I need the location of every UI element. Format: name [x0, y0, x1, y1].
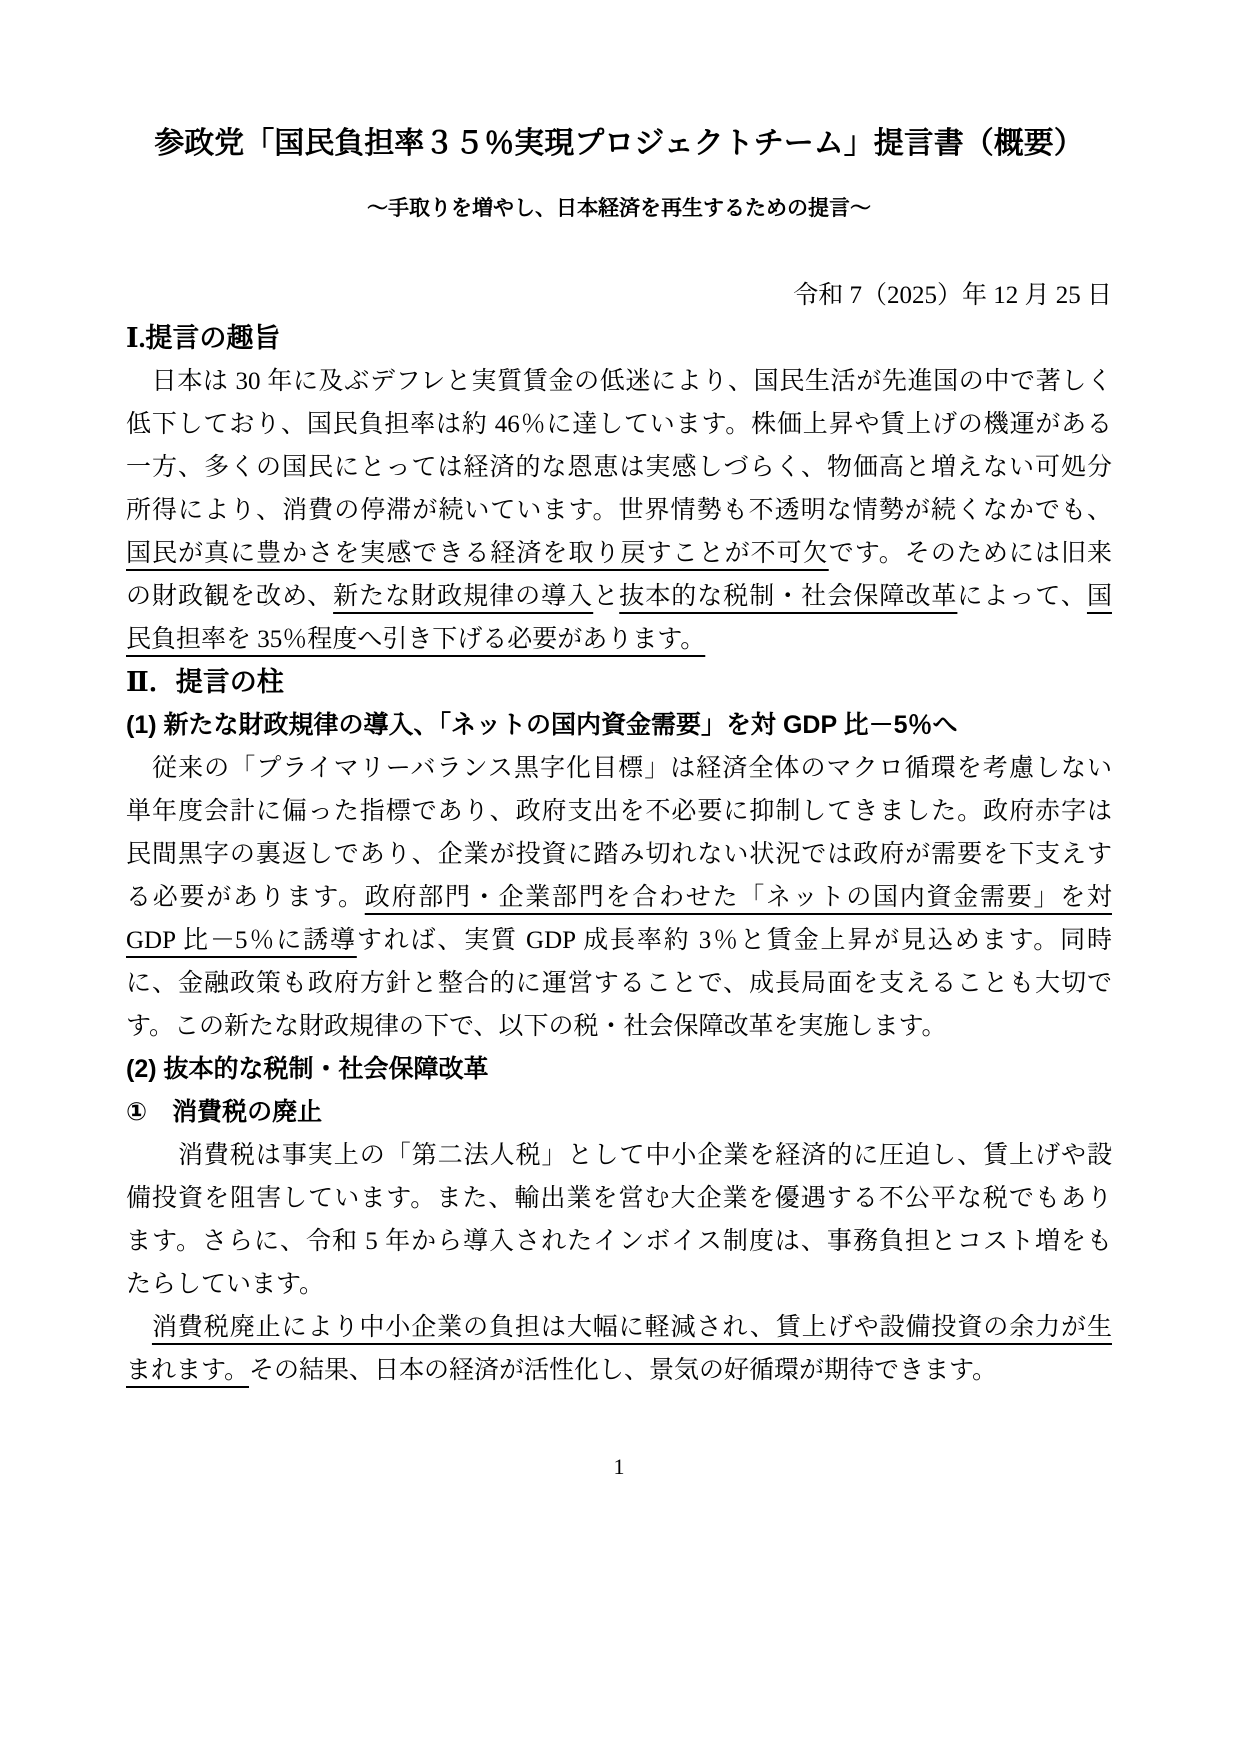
- para-pillar1: 従来の「プライマリーバランス黒字化目標」は経済全体のマクロ循環を考慮しない単年度…: [126, 747, 1112, 1048]
- para-purpose: 日本は 30 年に及ぶデフレと実質賃金の低迷により、国民生活が先進国の中で著しく…: [126, 360, 1112, 661]
- paragraph-line: す。この新たな財政規律の下で、以下の税・社会保障改革を実施します。: [126, 1005, 1112, 1048]
- underlined-text-segment: GDP 比－5％に誘導: [126, 927, 357, 954]
- document-subtitle: ～手取りを増やし、日本経済を再生するための提言～: [126, 194, 1112, 224]
- text-segment: 備投資を阻害しています。また、輸出業を営む大企業を優遇する不公平な税でもあり: [126, 1185, 1112, 1212]
- text-segment: [126, 1314, 152, 1341]
- paragraph-line: GDP 比－5％に誘導すれば、実質 GDP 成長率約 3％と賃金上昇が見込めます…: [126, 919, 1112, 962]
- paragraph-line: 国民が真に豊かさを実感できる経済を取り戻すことが不可欠です。そのためには旧来: [126, 532, 1112, 575]
- underlined-text-segment: 国民が真に豊かさを実感できる経済を取り戻すことが不可欠: [126, 540, 829, 567]
- paragraph-line: 消費税は事実上の「第二法人税」として中小企業を経済的に圧迫し、賃上げや設: [126, 1134, 1112, 1177]
- underlined-text-segment: 政府部門・企業部門を合わせた「ネットの国内資金需要」を対: [365, 884, 1112, 911]
- underlined-text-segment: 国: [1087, 583, 1112, 610]
- paragraph-line: 日本は 30 年に及ぶデフレと実質賃金の低迷により、国民生活が先進国の中で著しく: [126, 360, 1112, 403]
- paragraph-line: たらしています。: [126, 1263, 1112, 1306]
- text-segment: る必要があります。: [126, 884, 365, 911]
- paragraph-line: に、金融政策も政府方針と整合的に運営することで、成長局面を支えることも大切で: [126, 962, 1112, 1005]
- para-consumption-tax: 消費税は事実上の「第二法人税」として中小企業を経済的に圧迫し、賃上げや設備投資を…: [126, 1134, 1112, 1306]
- paragraph-line: 消費税廃止により中小企業の負担は大幅に軽減され、賃上げや設備投資の余力が生: [126, 1306, 1112, 1349]
- text-segment: 低下しており、国民負担率は約 46％に達しています。株価上昇や賃上げの機運がある: [126, 411, 1112, 438]
- text-segment: たらしています。: [126, 1271, 324, 1298]
- pillar2-heading: (2) 抜本的な税制・社会保障改革: [126, 1048, 1112, 1091]
- text-segment: 民間黒字の裏返しであり、企業が投資に踏み切れない状況では政府が需要を下支えす: [126, 841, 1112, 868]
- text-segment: です。そのためには旧来: [829, 540, 1112, 567]
- text-segment: 所得により、消費の停滞が続いています。世界情勢も不透明な情勢が続くなかでも、: [126, 497, 1112, 524]
- document-title: 参政党「国民負担率３５％実現プロジェクトチーム」提言書（概要）: [126, 122, 1112, 166]
- text-segment: 従来の「プライマリーバランス黒字化目標」は経済全体のマクロ循環を考慮しない: [126, 755, 1112, 782]
- section-purpose-heading: Ⅰ.提言の趣旨: [126, 317, 1112, 360]
- text-segment: すれば、実質 GDP 成長率約 3％と賃金上昇が見込めます。同時: [357, 927, 1112, 954]
- document-page: 参政党「国民負担率３５％実現プロジェクトチーム」提言書（概要） ～手取りを増やし…: [0, 0, 1240, 1754]
- paragraph-line: の財政観を改め、新たな財政規律の導入と抜本的な税制・社会保障改革によって、国: [126, 575, 1112, 618]
- text-segment: 日本は 30 年に及ぶデフレと実質賃金の低迷により、国民生活が先進国の中で著しく: [126, 368, 1112, 395]
- paragraph-line: 単年度会計に偏った指標であり、政府支出を不必要に抑制してきました。政府赤字は: [126, 790, 1112, 833]
- item1-heading: ① 消費税の廃止: [126, 1091, 1112, 1134]
- text-segment: と: [593, 583, 619, 610]
- paragraph-line: 民間黒字の裏返しであり、企業が投資に踏み切れない状況では政府が需要を下支えす: [126, 833, 1112, 876]
- document-content-area: 参政党「国民負担率３５％実現プロジェクトチーム」提言書（概要） ～手取りを増やし…: [0, 0, 1240, 1482]
- underlined-text-segment: 新たな財政規律の導入: [333, 583, 593, 610]
- document-date: 令和 7（2025）年 12 月 25 日: [126, 274, 1112, 317]
- underlined-text-segment: 消費税廃止により中小企業の負担は大幅に軽減され、賃上げや設備投資の余力が生: [152, 1314, 1112, 1341]
- paragraph-line: 低下しており、国民負担率は約 46％に達しています。株価上昇や賃上げの機運がある: [126, 403, 1112, 446]
- paragraph-line: 従来の「プライマリーバランス黒字化目標」は経済全体のマクロ循環を考慮しない: [126, 747, 1112, 790]
- document-body: Ⅰ.提言の趣旨 日本は 30 年に及ぶデフレと実質賃金の低迷により、国民生活が先…: [126, 317, 1112, 1392]
- underlined-text-segment: 抜本的な税制・社会保障改革: [619, 583, 957, 610]
- text-segment: 一方、多くの国民にとっては経済的な恩恵は実感しづらく、物価高と増えない可処分: [126, 454, 1112, 481]
- text-segment: ます。さらに、令和 5 年から導入されたインボイス制度は、事務負担とコスト増をも: [126, 1228, 1112, 1255]
- section-pillars-heading: Ⅱ．提言の柱: [126, 661, 1112, 704]
- pillar1-heading: (1) 新たな財政規律の導入、「ネットの国内資金需要」を対 GDP 比－5％へ: [126, 704, 1112, 747]
- text-segment: の財政観を改め、: [126, 583, 333, 610]
- para-consumption-tax-effect: 消費税廃止により中小企業の負担は大幅に軽減され、賃上げや設備投資の余力が生まれま…: [126, 1306, 1112, 1392]
- paragraph-line: 所得により、消費の停滞が続いています。世界情勢も不透明な情勢が続くなかでも、: [126, 489, 1112, 532]
- paragraph-line: まれます。その結果、日本の経済が活性化し、景気の好循環が期待できます。: [126, 1349, 1112, 1392]
- paragraph-line: 一方、多くの国民にとっては経済的な恩恵は実感しづらく、物価高と増えない可処分: [126, 446, 1112, 489]
- text-segment: 単年度会計に偏った指標であり、政府支出を不必要に抑制してきました。政府赤字は: [126, 798, 1112, 825]
- paragraph-line: 民負担率を 35％程度へ引き下げる必要があります。: [126, 618, 1112, 661]
- underlined-text-segment: 民負担率を 35％程度へ引き下げる必要があります。: [126, 626, 705, 653]
- text-segment: す。この新たな財政規律の下で、以下の税・社会保障改革を実施します。: [126, 1013, 947, 1040]
- text-segment: その結果、日本の経済が活性化し、景気の好循環が期待できます。: [249, 1357, 997, 1384]
- paragraph-line: る必要があります。政府部門・企業部門を合わせた「ネットの国内資金需要」を対: [126, 876, 1112, 919]
- paragraph-line: 備投資を阻害しています。また、輸出業を営む大企業を優遇する不公平な税でもあり: [126, 1177, 1112, 1220]
- underlined-text-segment: まれます。: [126, 1357, 249, 1384]
- text-segment: 消費税は事実上の「第二法人税」として中小企業を経済的に圧迫し、賃上げや設: [126, 1142, 1112, 1169]
- paragraph-line: ます。さらに、令和 5 年から導入されたインボイス制度は、事務負担とコスト増をも: [126, 1220, 1112, 1263]
- text-segment: によって、: [957, 583, 1087, 610]
- page-number: 1: [126, 1452, 1112, 1482]
- text-segment: に、金融政策も政府方針と整合的に運営することで、成長局面を支えることも大切で: [126, 970, 1112, 997]
